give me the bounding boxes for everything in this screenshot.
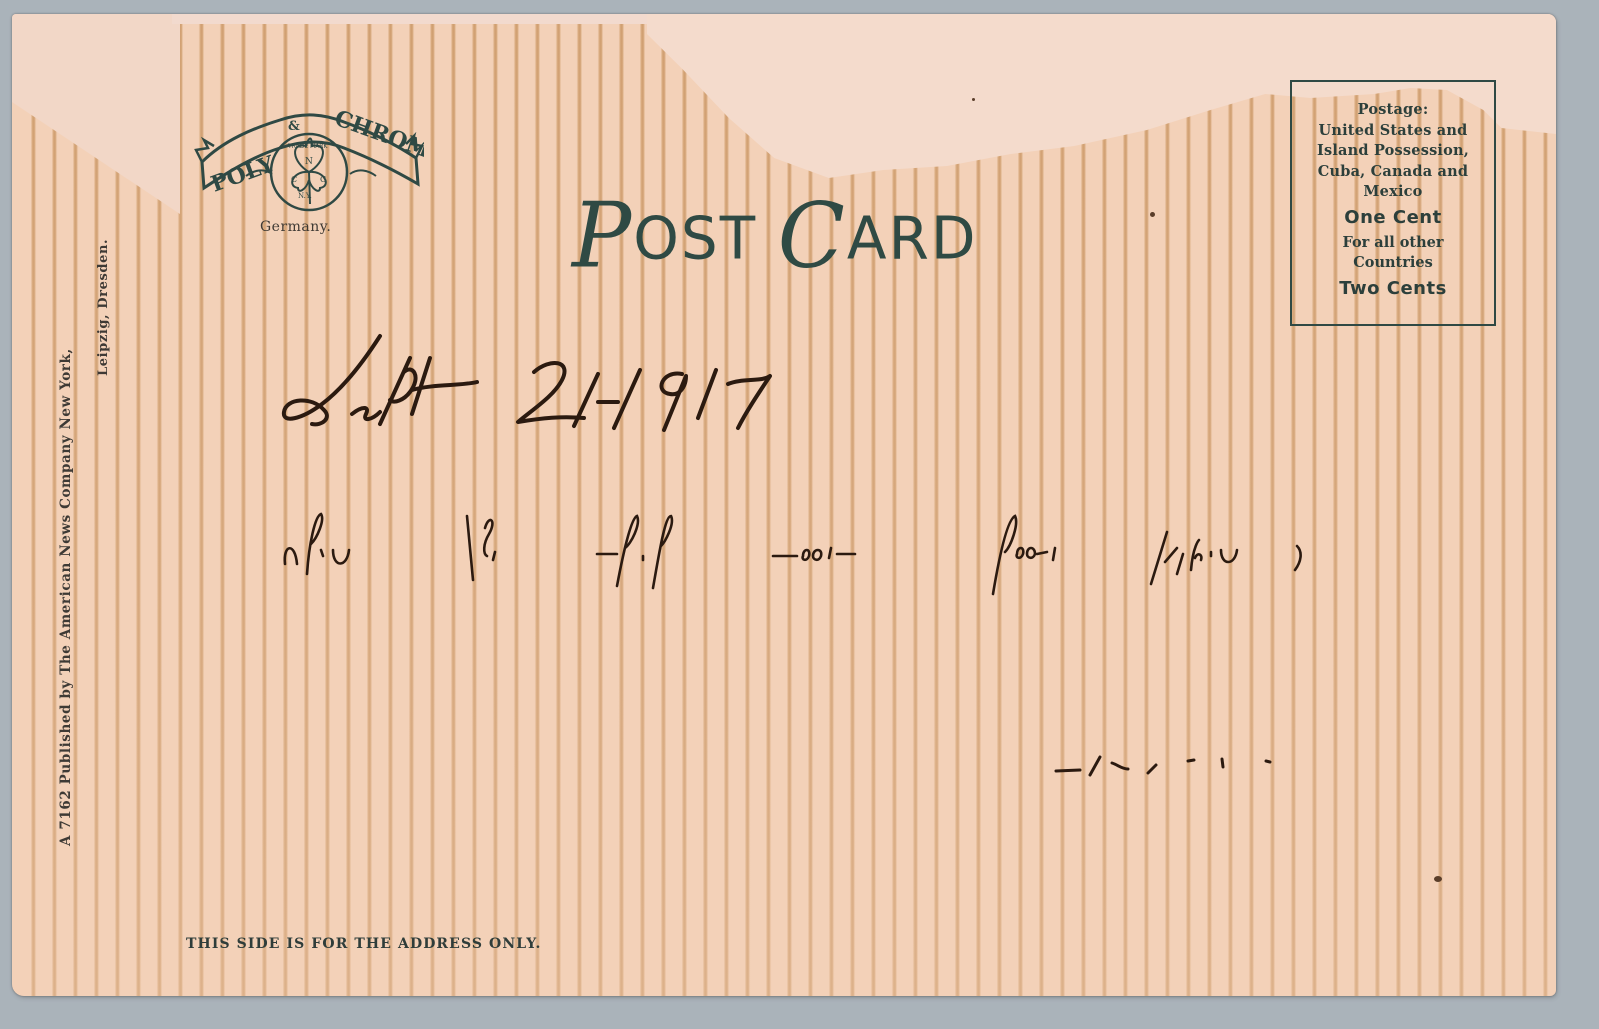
polychrome-logo: POLY & CHROME TRADE MARK N C C N.Y. POLY…	[194, 100, 424, 220]
address-only-notice: THIS SIDE IS FOR THE ADDRESS ONLY.	[186, 936, 542, 952]
svg-text:N: N	[305, 157, 313, 167]
postage-line: For all other	[1292, 233, 1494, 254]
svg-text:&: &	[288, 119, 300, 134]
publisher-line-1: A 7162 Published by The American News Co…	[58, 348, 74, 846]
title-initial-p: P	[572, 183, 633, 288]
stamp-box: Postage: United States and Island Posses…	[1290, 80, 1496, 326]
title-initial-c: C	[778, 183, 847, 288]
handwritten-line-3: (shorthand script, illegible)	[1052, 739, 1292, 789]
svg-text:C: C	[291, 175, 297, 184]
shamrock-icon: POLY & CHROME TRADE MARK N C C N.Y.	[194, 100, 424, 220]
svg-text:C: C	[320, 175, 326, 184]
page-title: POST CARD	[572, 183, 978, 288]
title-part-1: OST	[633, 203, 777, 272]
handwritten-date: Sept 21-1917	[262, 314, 782, 444]
torn-paper-strip	[172, 14, 652, 24]
svg-text:POLY: POLY	[208, 151, 279, 198]
postage-line: United States and	[1292, 121, 1494, 142]
ink-speck	[1434, 876, 1442, 882]
postage-heading: Postage:	[1292, 100, 1494, 121]
svg-text:TRADE MARK: TRADE MARK	[287, 143, 328, 150]
ink-speck	[972, 98, 975, 101]
postcard: POLY & CHROME TRADE MARK N C C N.Y. POLY…	[12, 14, 1556, 996]
postage-line: Cuba, Canada and	[1292, 162, 1494, 183]
postage-line: Countries	[1292, 253, 1494, 274]
ink-speck	[1150, 212, 1155, 217]
svg-text:N.Y.: N.Y.	[298, 192, 312, 200]
publisher-line-2: Leipzig, Dresden.	[96, 239, 111, 376]
postage-line: Island Possession,	[1292, 141, 1494, 162]
domestic-rate: One Cent	[1292, 203, 1494, 233]
postage-line: Mexico	[1292, 182, 1494, 203]
origin-label: Germany.	[260, 219, 331, 235]
title-part-2: ARD	[847, 203, 978, 272]
foreign-rate: Two Cents	[1292, 274, 1494, 304]
handwritten-line-2: (shorthand script, illegible)	[277, 494, 1477, 604]
